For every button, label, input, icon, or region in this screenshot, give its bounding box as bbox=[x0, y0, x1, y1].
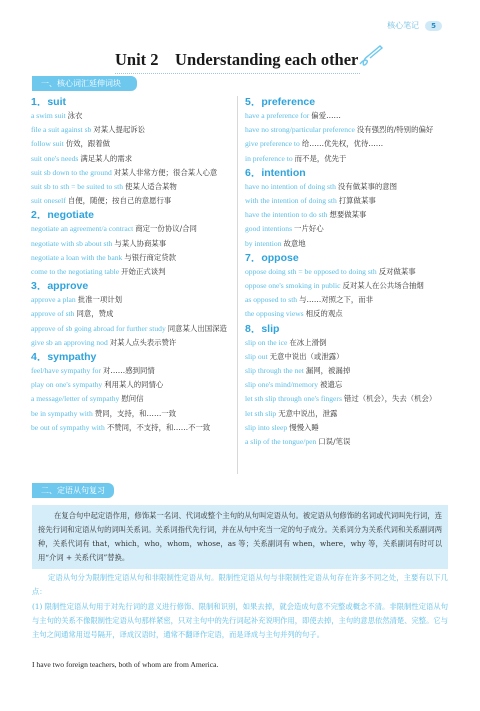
phrase-chinese: 仿效，跟着做 bbox=[66, 139, 110, 148]
phrase-english: come to the negotiating table bbox=[31, 267, 119, 276]
phrase-entry: slip into sleep慢慢入睡 bbox=[245, 421, 450, 435]
phrase-chinese: 打算做某事 bbox=[339, 196, 376, 205]
phrase-entry: play on one's sympathy利用某人的同情心 bbox=[31, 378, 231, 392]
phrase-english: slip one's mind/memory bbox=[245, 380, 318, 389]
word-heading: 7．oppose bbox=[245, 251, 450, 265]
phrase-english: oppose one's smoking in public bbox=[245, 281, 340, 290]
phrase-entry: let sth slip through one's fingers错过（机会）… bbox=[245, 392, 450, 406]
phrase-chinese: 泳衣 bbox=[68, 111, 83, 120]
phrase-entry: in preference to而不是，优先于 bbox=[245, 152, 450, 166]
word-heading: 4．sympathy bbox=[31, 350, 231, 364]
phrase-english: slip into sleep bbox=[245, 423, 287, 432]
phrase-english: play on one's sympathy bbox=[31, 380, 102, 389]
section-banner-vocabulary: 一、核心词汇延伸词块 bbox=[32, 76, 137, 91]
phrase-chinese: 错过（机会），失去（机会） bbox=[344, 394, 436, 403]
phrase-chinese: 反对某人在公共场合抽烟 bbox=[342, 281, 423, 290]
phrase-chinese: 相反的观点 bbox=[306, 309, 343, 318]
phrase-entry: negotiate a loan with the bank与银行商定贷款 bbox=[31, 251, 231, 265]
phrase-entry: be out of sympathy with不赞同，不支持，和……不一致 bbox=[31, 421, 231, 435]
phrase-english: have no strong/particular preference bbox=[245, 125, 355, 134]
phrase-chinese: 利用某人的同情心 bbox=[104, 380, 163, 389]
phrase-english: approve a plan bbox=[31, 295, 76, 304]
phrase-chinese: 一片好心 bbox=[294, 224, 324, 233]
phrase-entry: slip through the net漏网，被漏掉 bbox=[245, 364, 450, 378]
phrase-chinese: 无意中说出，泄露 bbox=[278, 409, 337, 418]
word-heading: 6．intention bbox=[245, 166, 450, 180]
phrase-english: by intention bbox=[245, 239, 282, 248]
phrase-entry: oppose doing sth = be opposed to doing s… bbox=[245, 265, 450, 279]
phrase-chinese: 批准一项计划 bbox=[78, 295, 122, 304]
phrase-chinese: 对某人提起诉讼 bbox=[93, 125, 145, 134]
phrase-chinese: 而不是，优先于 bbox=[295, 154, 347, 163]
phrase-english: give preference to bbox=[245, 139, 300, 148]
phrase-entry: negotiate an agreement/a contract商定一份协议/… bbox=[31, 222, 231, 236]
vocab-column-right: 5．preferencehave a preference for偏爱……hav… bbox=[245, 95, 450, 449]
phrase-entry: by intention故意地 bbox=[245, 237, 450, 251]
unit-title: Unit 2 Understanding each other bbox=[115, 50, 360, 74]
phrase-chinese: 慢慢入睡 bbox=[289, 423, 319, 432]
phrase-entry: feel/have sympathy for对……感到同情 bbox=[31, 364, 231, 378]
phrase-chinese: 偏爱…… bbox=[311, 111, 341, 120]
phrase-entry: slip one's mind/memory被遗忘 bbox=[245, 378, 450, 392]
word-heading: 2．negotiate bbox=[31, 208, 231, 222]
phrase-chinese: 开始正式谈判 bbox=[121, 267, 165, 276]
phrase-chinese: 不赞同，不支持，和……不一致 bbox=[107, 423, 210, 432]
phrase-english: let sth slip bbox=[245, 409, 276, 418]
phrase-entry: approve of sth同意，赞成 bbox=[31, 307, 231, 321]
phrase-chinese: 口误/笔误 bbox=[318, 437, 350, 446]
phrase-english: negotiate an agreement/a contract bbox=[31, 224, 133, 233]
unit-title-text: Unit 2 Understanding each other bbox=[115, 50, 358, 69]
phrase-english: be out of sympathy with bbox=[31, 423, 105, 432]
phrase-english: negotiate a loan with the bank bbox=[31, 253, 122, 262]
column-divider bbox=[237, 96, 238, 474]
phrase-chinese: 自便，随便；按自己的意愿行事 bbox=[68, 196, 171, 205]
phrase-entry: give preference to给……优先权，优待…… bbox=[245, 137, 450, 151]
phrase-entry: good intentions一片好心 bbox=[245, 222, 450, 236]
phrase-english: slip out bbox=[245, 352, 268, 361]
phrase-english: be in sympathy with bbox=[31, 409, 93, 418]
phrase-english: the opposing views bbox=[245, 309, 304, 318]
phrase-entry: suit one's needs满足某人的需求 bbox=[31, 152, 231, 166]
phrase-chinese: 对某人非常方便；很合某人心意 bbox=[114, 168, 217, 177]
phrase-english: slip on the ice bbox=[245, 338, 287, 347]
point-1-paragraph: (1) 限制性定语从句用于对先行词的意义进行修饰、限制和识别，如果去掉，就会造成… bbox=[32, 600, 448, 642]
phrase-chinese: 想要做某事 bbox=[329, 210, 366, 219]
vocab-column-left: 1．suita swim suit泳衣file a suit against s… bbox=[31, 95, 231, 435]
phrase-entry: suit sb down to the ground对某人非常方便；很合某人心意 bbox=[31, 166, 231, 180]
phrase-chinese: 没有强烈的/特别的偏好 bbox=[357, 125, 433, 134]
phrase-english: approve of sb going abroad for further s… bbox=[31, 324, 166, 333]
phrase-entry: follow suit仿效，跟着做 bbox=[31, 137, 231, 151]
phrase-chinese: 与某人协商某事 bbox=[114, 239, 166, 248]
phrase-english: a message/letter of sympathy bbox=[31, 394, 119, 403]
phrase-entry: as opposed to sth与……对照之下，而非 bbox=[245, 293, 450, 307]
phrase-english: as opposed to sth bbox=[245, 295, 297, 304]
phrase-english: a swim suit bbox=[31, 111, 66, 120]
example-sentence: I have two foreign teachers, both of who… bbox=[32, 660, 218, 669]
phrase-entry: have the intention to do sth想要做某事 bbox=[245, 208, 450, 222]
phrase-entry: approve of sb going abroad for further s… bbox=[31, 322, 231, 336]
phrase-english: feel/have sympathy for bbox=[31, 366, 101, 375]
phrase-english: negotiate with sb about sth bbox=[31, 239, 112, 248]
phrase-chinese: 给……优先权，优待…… bbox=[302, 139, 383, 148]
phrase-chinese: 商定一份协议/合同 bbox=[135, 224, 197, 233]
phrase-chinese: 反对做某事 bbox=[379, 267, 416, 276]
phrase-entry: let sth slip无意中说出，泄露 bbox=[245, 407, 450, 421]
phrase-entry: a slip of the tongue/pen口误/笔误 bbox=[245, 435, 450, 449]
running-head: 核心笔记 5 bbox=[387, 20, 442, 31]
phrase-entry: slip on the ice在冰上滑倒 bbox=[245, 336, 450, 350]
section-banner-attributive-clause: 二、定语从句复习 bbox=[32, 483, 114, 498]
phrase-english: have a preference for bbox=[245, 111, 309, 120]
phrase-english: oppose doing sth = be opposed to doing s… bbox=[245, 267, 377, 276]
word-heading: 1．suit bbox=[31, 95, 231, 109]
phrase-chinese: 使某人适合某物 bbox=[125, 182, 177, 191]
word-heading: 8．slip bbox=[245, 322, 450, 336]
phrase-english: have the intention to do sth bbox=[245, 210, 327, 219]
phrase-entry: oppose one's smoking in public反对某人在公共场合抽… bbox=[245, 279, 450, 293]
phrase-english: file a suit against sb bbox=[31, 125, 91, 134]
phrase-english: slip through the net bbox=[245, 366, 304, 375]
phrase-entry: approve a plan批准一项计划 bbox=[31, 293, 231, 307]
phrase-entry: be in sympathy with赞同，支持，和……一致 bbox=[31, 407, 231, 421]
phrase-english: a slip of the tongue/pen bbox=[245, 437, 316, 446]
phrase-entry: have a preference for偏爱…… bbox=[245, 109, 450, 123]
phrase-entry: negotiate with sb about sth与某人协商某事 bbox=[31, 237, 231, 251]
phrase-entry: suit sb to sth = be suited to sth使某人适合某物 bbox=[31, 180, 231, 194]
word-heading: 5．preference bbox=[245, 95, 450, 109]
phrase-chinese: 对某人点头表示赞许 bbox=[110, 338, 177, 347]
phrase-entry: a swim suit泳衣 bbox=[31, 109, 231, 123]
intro-paragraph: 定语从句分为限制性定语从句和非限制性定语从句。限制性定语从句与非限制性定语从句存… bbox=[32, 571, 448, 599]
phrase-entry: have no intention of doing sth没有做某事的意图 bbox=[245, 180, 450, 194]
phrase-english: have no intention of doing sth bbox=[245, 182, 336, 191]
phrase-english: give sb an approving nod bbox=[31, 338, 108, 347]
phrase-entry: suit oneself自便，随便；按自己的意愿行事 bbox=[31, 194, 231, 208]
page-number: 5 bbox=[425, 21, 442, 31]
phrase-entry: with the intention of doing sth打算做某事 bbox=[245, 194, 450, 208]
running-head-label: 核心笔记 bbox=[387, 20, 419, 31]
phrase-chinese: 满足某人的需求 bbox=[80, 154, 132, 163]
phrase-english: approve of sth bbox=[31, 309, 74, 318]
phrase-chinese: 漏网，被漏掉 bbox=[306, 366, 350, 375]
phrase-chinese: 与银行商定贷款 bbox=[124, 253, 176, 262]
phrase-english: in preference to bbox=[245, 154, 293, 163]
phrase-english: suit sb to sth = be suited to sth bbox=[31, 182, 123, 191]
word-heading: 3．approve bbox=[31, 279, 231, 293]
phrase-entry: file a suit against sb对某人提起诉讼 bbox=[31, 123, 231, 137]
pen-icon bbox=[356, 44, 384, 66]
phrase-entry: give sb an approving nod对某人点头表示赞许 bbox=[31, 336, 231, 350]
phrase-chinese: 与……对照之下，而非 bbox=[299, 295, 373, 304]
phrase-chinese: 慰问信 bbox=[121, 394, 143, 403]
phrase-entry: come to the negotiating table开始正式谈判 bbox=[31, 265, 231, 279]
phrase-chinese: 对……感到同情 bbox=[103, 366, 155, 375]
phrase-entry: slip out无意中说出（或泄露） bbox=[245, 350, 450, 364]
phrase-chinese: 在冰上滑倒 bbox=[289, 338, 326, 347]
phrase-english: let sth slip through one's fingers bbox=[245, 394, 342, 403]
definition-box: 在复合句中起定语作用，修饰某一名词、代词或整个主句的从句叫定语从句。被定语从句修… bbox=[32, 505, 448, 569]
phrase-chinese: 被遗忘 bbox=[320, 380, 342, 389]
phrase-english: suit one's needs bbox=[31, 154, 78, 163]
phrase-english: good intentions bbox=[245, 224, 292, 233]
phrase-english: with the intention of doing sth bbox=[245, 196, 337, 205]
phrase-entry: have no strong/particular preference没有强烈… bbox=[245, 123, 450, 137]
phrase-entry: a message/letter of sympathy慰问信 bbox=[31, 392, 231, 406]
phrase-chinese: 同意，赞成 bbox=[76, 309, 113, 318]
phrase-chinese: 故意地 bbox=[284, 239, 306, 248]
phrase-chinese: 同意某人出国深造 bbox=[168, 324, 227, 333]
phrase-chinese: 无意中说出（或泄露） bbox=[270, 352, 344, 361]
phrase-english: follow suit bbox=[31, 139, 64, 148]
phrase-chinese: 没有做某事的意图 bbox=[338, 182, 397, 191]
phrase-english: suit oneself bbox=[31, 196, 66, 205]
phrase-chinese: 赞同，支持，和……一致 bbox=[95, 409, 176, 418]
phrase-english: suit sb down to the ground bbox=[31, 168, 112, 177]
phrase-entry: the opposing views相反的观点 bbox=[245, 307, 450, 321]
